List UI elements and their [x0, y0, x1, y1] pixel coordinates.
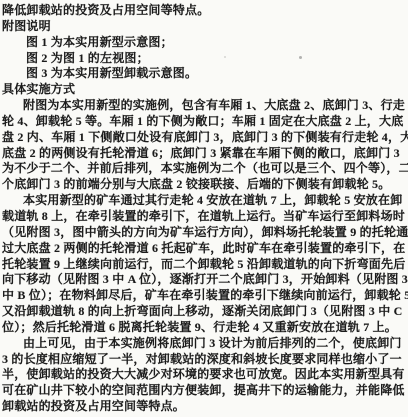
text-line: 托轮装置 9 上继续向前运行，而二个卸载轮 5 沿卸载道轨的向下折弯面先后 — [2, 257, 406, 273]
text-line: 本实用新型的矿车通过其行走轮 4 安放在道轨 7 上，卸载轮 5 安放在卸 — [2, 193, 406, 209]
text-line: 向下移动（见附图 3 中 A 位），逐渐打开二个底卸门 3，开始卸料（见附图 3 — [2, 272, 406, 288]
scan-noise-speck — [224, 56, 226, 58]
figure-list-item-2: 图 2 为图 1 的左视图； — [2, 51, 406, 67]
text-line: 位）；然后托轮滑道 6 脱离托轮装置 9、行走轮 4 又重新安放在道轨 7 上。 — [2, 320, 406, 336]
text-line: 载道轨 8 上，在牵引装置的牵引下，在道轨上运行。当矿车运行至卸料场时 — [2, 209, 406, 225]
text-line: 降低卸载站的投资及占用空间等特点。 — [2, 3, 406, 19]
text-line: 中 B 位）；在物料卸尽后，矿车在牵引装置的牵引下继续向前运行，卸载轮 5 — [2, 288, 406, 304]
figure-list-item-3: 图 3 为本实用新型卸载示意图。 — [2, 66, 406, 82]
text-line: 半，使卸载站的投资大大减少对环境的要求也可放宽。因此本实用新型具有 — [2, 367, 406, 383]
text-line: 卸载站的投资及占用空间等特点。 — [2, 399, 406, 415]
scan-noise-speck — [299, 56, 302, 59]
text-line: 过大底盘 2 两侧的托轮滑道 6 托起矿车，此时矿车在牵引装置的牵引下，在 — [2, 241, 406, 257]
text-line: 底盘 2 的两侧设有托轮滑道 6；底卸门 3 紧靠在车厢下侧的敞口，底卸门 3 — [2, 146, 406, 162]
text-line: 3 的长度相应缩短了一半，对卸载站的深度和斜坡长度要求同样也缩小了一 — [2, 352, 406, 368]
text-line: 可在矿山井下较小的空间范围内方便装卸，提高井下的运输能力，并能降低 — [2, 383, 406, 399]
text-line: 个底卸门 3 的前端分别与大底盘 2 铰接联接、后端的下侧装有卸载轮 5。 — [2, 177, 406, 193]
text-line: 又沿卸载道轨 8 的向上折弯面向上移动，逐渐关闭底卸门 3（见附图 3 中 C — [2, 304, 406, 320]
text-line: 盘 2 内、车厢 1 下侧敞口处设有底卸门 3，底卸门 3 的下侧装有行走轮 4… — [2, 130, 406, 146]
text-line: 为不少于二个、并前后排列，本实施例为二个（也可以是三个、四个等），二 — [2, 161, 406, 177]
figure-list-item-1: 图 1 为本实用新型示意图； — [2, 35, 406, 51]
text-line: 附图为本实用新型的实施例，包含有车厢 1、大底盘 2、底卸门 3、行走 — [2, 98, 406, 114]
text-line: 由上可见，由于本实施例将底卸门 3 设计为前后排列的二个，使底卸门 — [2, 336, 406, 352]
section-heading-implementation: 具体实施方式 — [2, 82, 406, 98]
section-heading-figure-description: 附图说明 — [2, 19, 406, 35]
text-line: 轮 4、卸载轮 5 等。车厢 1 的下侧为敞口；车厢 1 固定在大底盘 2 上，… — [2, 114, 406, 130]
text-line: （见附图 3，图中箭头的方向为矿车运行方向），卸料场托轮装置 9 的托轮通 — [2, 225, 406, 241]
patent-document-page: 降低卸载站的投资及占用空间等特点。 附图说明 图 1 为本实用新型示意图； 图 … — [0, 0, 408, 417]
